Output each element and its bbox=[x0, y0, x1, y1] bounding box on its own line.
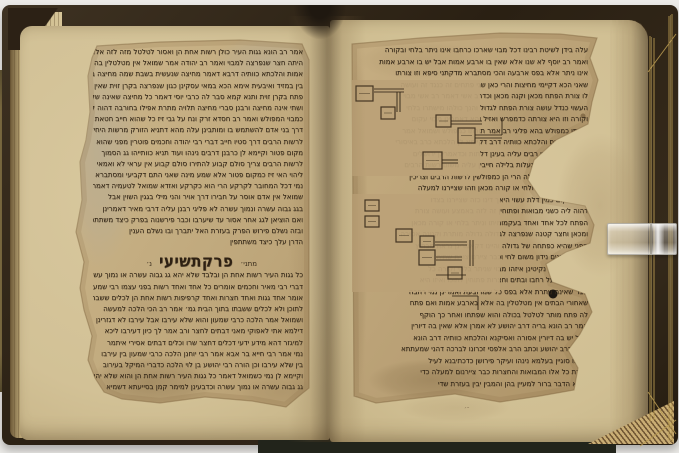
cover-gilt-frame bbox=[0, 0, 679, 453]
strap-fold-edge bbox=[650, 224, 652, 254]
transparent-page-strap bbox=[607, 223, 677, 255]
manuscript-photo: אמר רב הונא גגות העיר כולן רשות אחת הן ו… bbox=[0, 0, 679, 453]
strap-highlight bbox=[652, 224, 664, 254]
